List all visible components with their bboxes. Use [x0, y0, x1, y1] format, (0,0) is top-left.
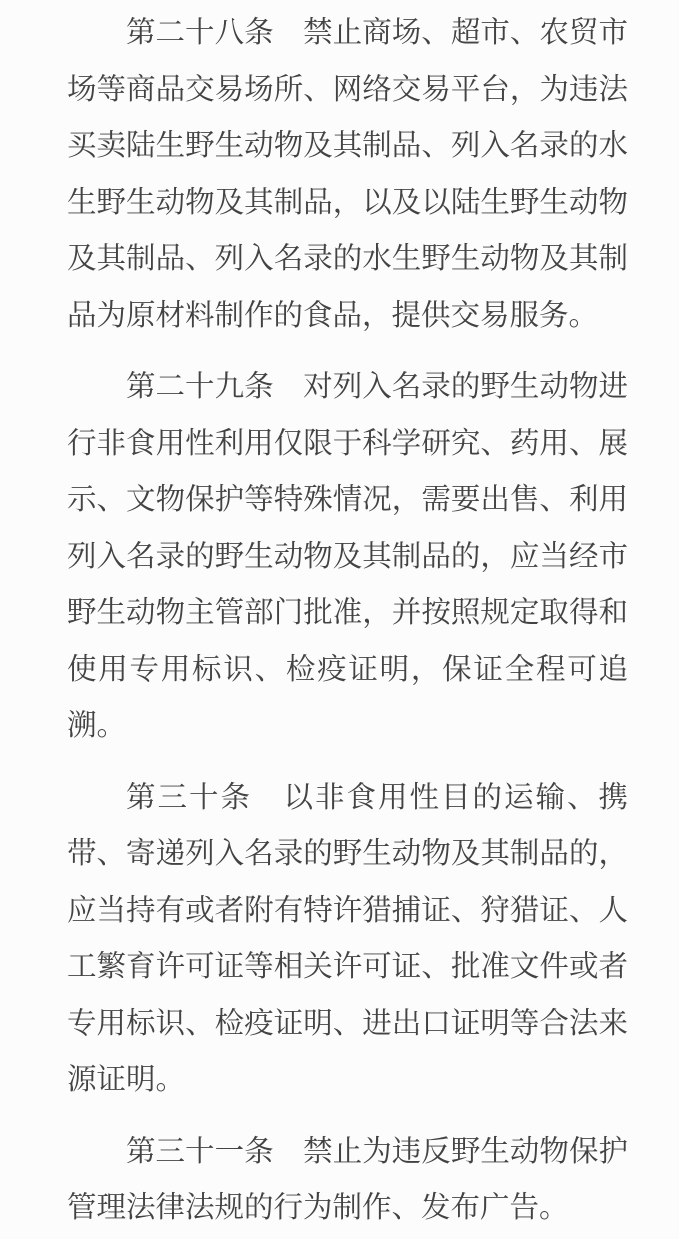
paragraph-article-30: 第三十条 以非食用性目的运输、携带、寄递列入名录的野生动物及其制品的，应当持有或…: [67, 770, 628, 1109]
paragraph-article-29: 第二十九条 对列入名录的野生动物进行非食用性利用仅限于科学研究、药用、展示、文物…: [67, 359, 628, 755]
document-page: 第二十八条 禁止商场、超市、农贸市场等商品交易场所、网络交易平台，为违法买卖陆生…: [0, 0, 679, 1239]
paragraph-article-31: 第三十一条 禁止为违反野生动物保护管理法律法规的行为制作、发布广告。: [67, 1124, 628, 1237]
paragraph-article-28: 第二十八条 禁止商场、超市、农贸市场等商品交易场所、网络交易平台，为违法买卖陆生…: [67, 5, 628, 344]
